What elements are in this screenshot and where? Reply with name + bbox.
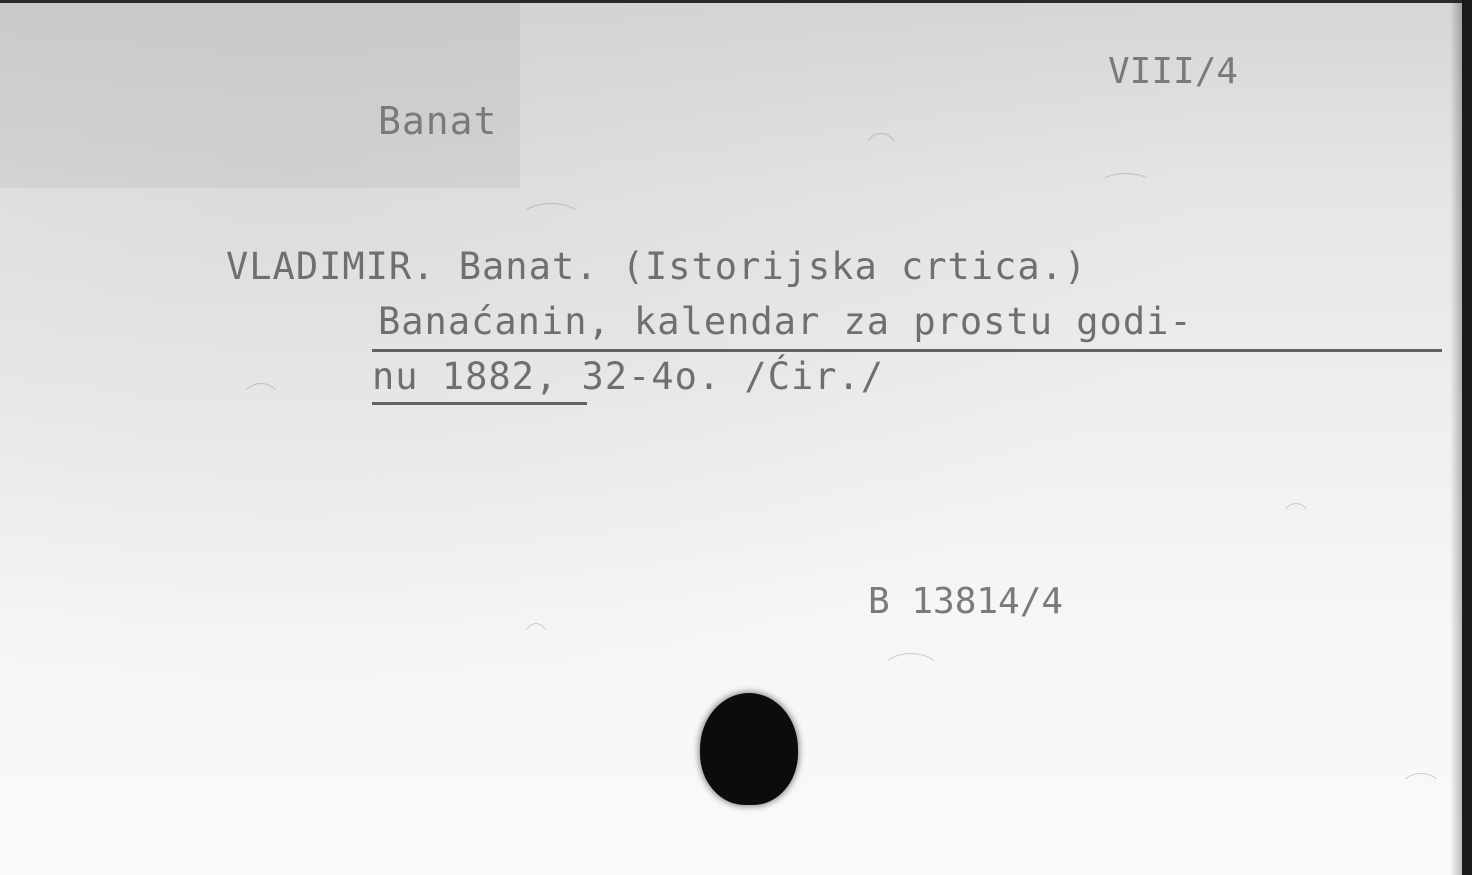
paper-fiber (880, 653, 942, 695)
paper-fiber (1100, 173, 1152, 195)
classification-mark: VIII/4 (1108, 51, 1238, 92)
paper-fiber (860, 133, 902, 195)
subject-heading: Banat (378, 99, 497, 143)
entry-line-1: VLADIMIR. Banat. (Istorijska crtica.) (226, 245, 1087, 288)
underline-1 (372, 349, 1442, 352)
paper-fiber (520, 623, 552, 685)
scan-border (1462, 0, 1472, 872)
underline-2 (372, 402, 587, 405)
entry-line-3: nu 1882, 32-4o. /Ćir./ (372, 355, 884, 398)
paper-fiber (1280, 503, 1312, 545)
paper-fiber (520, 203, 582, 235)
punch-hole (700, 693, 798, 805)
paper-fiber (240, 383, 282, 425)
entry-line-2: Banaćanin, kalendar za prostu godi- (378, 300, 1193, 343)
paper-fiber (1400, 773, 1442, 805)
call-number: B 13814/4 (868, 581, 1063, 622)
catalog-card: Banat VIII/4 VLADIMIR. Banat. (Istorijsk… (0, 0, 1462, 872)
